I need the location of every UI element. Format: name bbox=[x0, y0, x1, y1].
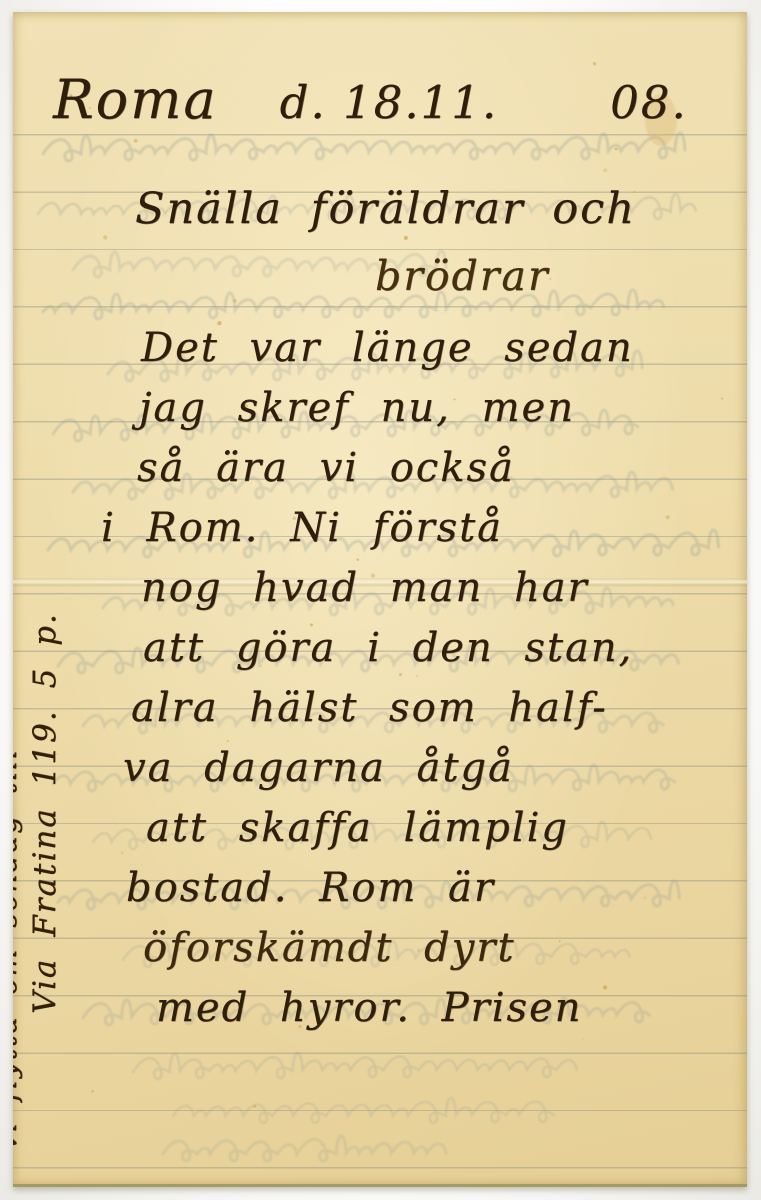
paper-speck bbox=[253, 1105, 256, 1108]
bleed-through-stroke bbox=[43, 290, 664, 319]
letter-line: med hyror. Prisen bbox=[156, 978, 634, 1038]
bleed-through-stroke bbox=[163, 1136, 446, 1161]
letter-heading: Roma d. 18.11. 08. bbox=[53, 68, 688, 131]
paper-speck bbox=[603, 168, 607, 172]
letter-line: bostad. Rom är bbox=[126, 858, 634, 918]
paper-speck bbox=[721, 398, 723, 400]
letter-line: Det var länge sedan bbox=[141, 318, 634, 378]
paper-speck bbox=[233, 299, 237, 303]
bleed-through-stroke bbox=[173, 1098, 554, 1123]
heading-place: Roma bbox=[53, 68, 218, 131]
letter-line: öforskämdt dyrt bbox=[143, 918, 634, 978]
letter-line: va dagarna åtgå bbox=[123, 738, 634, 798]
salutation-line-2: brödrar bbox=[375, 252, 549, 300]
letter-line: att skaffa lämplig bbox=[146, 798, 634, 858]
bleed-through-stroke bbox=[43, 133, 685, 161]
paper-speck bbox=[666, 515, 670, 519]
letter-line: nog hvad man har bbox=[141, 558, 634, 618]
paper-speck bbox=[134, 139, 138, 143]
margin-note-line-2: Via Fratina 119. 5 p. bbox=[25, 612, 65, 1014]
paper-speck bbox=[121, 852, 123, 854]
heading-year: 08. bbox=[610, 76, 688, 129]
paper-speck bbox=[103, 235, 107, 239]
letter-line: i Rom. Ni förstå bbox=[101, 498, 634, 558]
letter-line: att göra i den stan, bbox=[143, 618, 634, 678]
letter-body: Det var länge sedanjag skref nu, menså ä… bbox=[131, 318, 634, 1038]
letter-line: alra hälst som half- bbox=[131, 678, 634, 738]
paper-speck bbox=[404, 236, 408, 240]
salutation-line-1: Snälla föräldrar och bbox=[135, 184, 636, 234]
letter-scan: Roma d. 18.11. 08. Snälla föräldrar och … bbox=[0, 0, 761, 1200]
paper-speck bbox=[644, 897, 646, 899]
letter-page: Roma d. 18.11. 08. Snälla föräldrar och … bbox=[13, 12, 747, 1187]
paper-speck bbox=[91, 1090, 94, 1093]
paper-speck bbox=[615, 148, 618, 151]
heading-date: d. 18.11. bbox=[280, 76, 499, 129]
letter-line: jag skref nu, men bbox=[139, 378, 634, 438]
bleed-through-stroke bbox=[133, 1053, 577, 1079]
letter-line: så ära vi också bbox=[137, 438, 634, 498]
paper-speck bbox=[593, 62, 596, 65]
margin-note-line-1: vi flytta om söndag till bbox=[13, 748, 25, 1150]
